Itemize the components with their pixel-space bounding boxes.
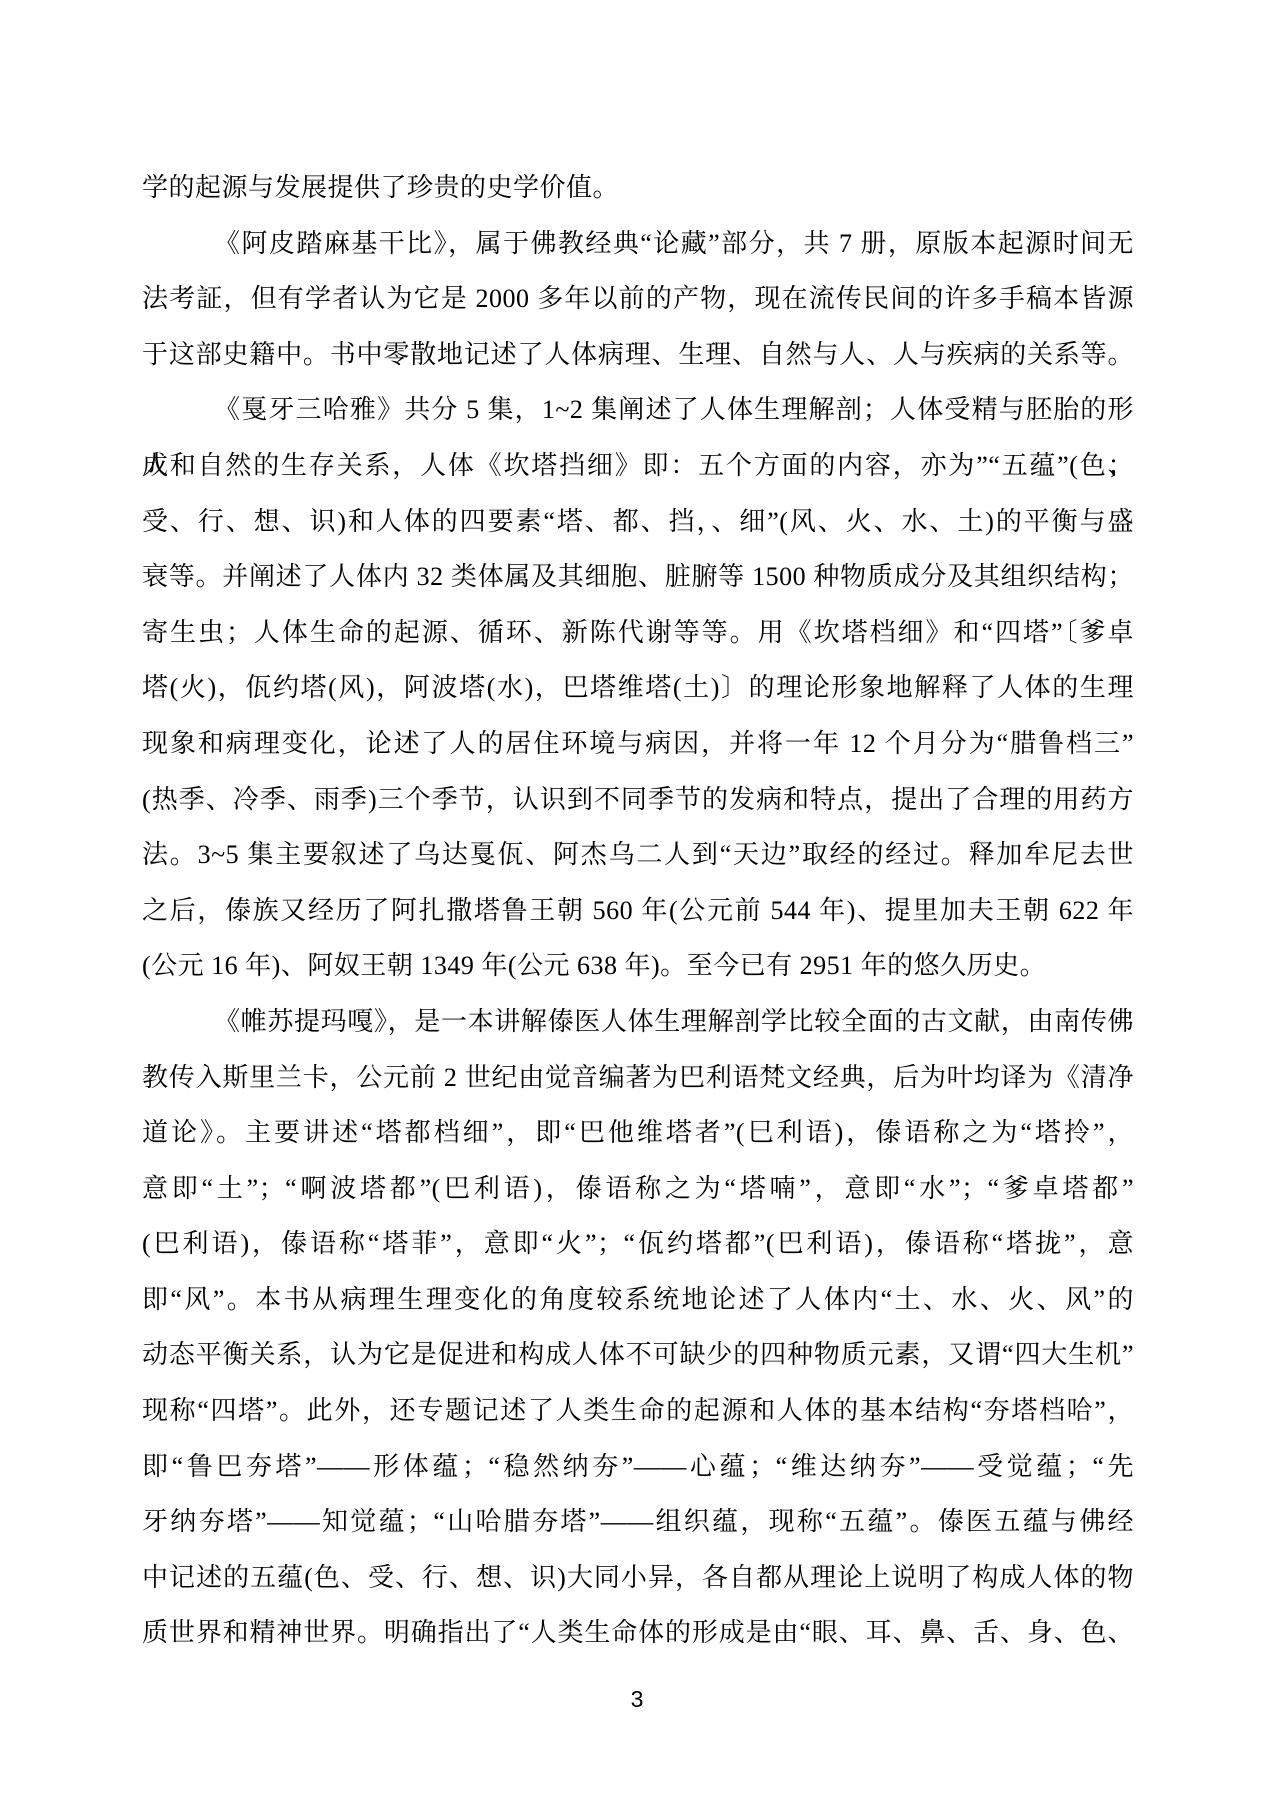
text-line: 中记述的五蕴(色、受、行、想、识)大同小异，各自都从理论上说明了构成人体的物: [142, 1550, 1134, 1606]
document-page: 学的起源与发展提供了珍贵的史学价值。《阿皮踏麻基干比》，属于佛教经典“论藏”部分…: [0, 0, 1274, 1801]
text-line: 法考証，但有学者认为它是 2000 多年以前的产物，现在流传民间的许多手稿本皆源: [142, 271, 1134, 327]
text-line: (巴利语)，傣语称“塔菲”，意即“火”；“佤约塔都”(巴利语)，傣语称“塔拢”，…: [142, 1216, 1134, 1272]
text-line: (热季、冷季、雨季)三个季节，认识到不同季节的发病和特点，提出了合理的用药方: [142, 772, 1134, 828]
text-line: 学的起源与发展提供了珍贵的史学价值。: [142, 160, 1134, 216]
text-line: 现象和病理变化，论述了人的居住环境与病因，并将一年 12 个月分为“腊鲁档三”: [142, 716, 1134, 772]
text-line: 法。3~5 集主要叙述了乌达戛佤、阿杰乌二人到“天边”取经的经过。释加牟尼去世: [142, 827, 1134, 883]
text-line: 即“风”。本书从病理生理变化的角度较系统地论述了人体内“土、水、火、风”的: [142, 1272, 1134, 1328]
text-line: 即“鲁巴夯塔”——形体蕴；“稳然纳夯”——心蕴；“维达纳夯”——受觉蕴；“先: [142, 1439, 1134, 1495]
text-line: 人和自然的生存关系，人体《坎塔挡细》即：五个方面的内容，亦为”“五蕴”(色、: [142, 438, 1134, 494]
text-line: 现称“四塔”。此外，还专题记述了人类生命的起源和人体的基本结构“夯塔档哈”，: [142, 1383, 1134, 1439]
page-number: 3: [0, 1686, 1274, 1713]
text-line: 牙纳夯塔”——知觉蕴；“山哈腊夯塔”——组织蕴，现称“五蕴”。傣医五蕴与佛经: [142, 1494, 1134, 1550]
text-line: 质世界和精神世界。明确指出了“人类生命体的形成是由“眼、耳、鼻、舌、身、色、: [142, 1605, 1134, 1661]
text-line: 教传入斯里兰卡，公元前 2 世纪由觉音编著为巴利语梵文经典，后为叶均译为《清净: [142, 1050, 1134, 1106]
text-line: 《帷苏提玛嘎》，是一本讲解傣医人体生理解剖学比较全面的古文献，由南传佛: [142, 994, 1134, 1050]
text-line: 意即“土”；“啊波塔都”(巴利语)，傣语称之为“塔喃”，意即“水”；“爹卓塔都”: [142, 1161, 1134, 1217]
text-line: 衰等。并阐述了人体内 32 类体属及其细胞、脏腑等 1500 种物质成分及其组织…: [142, 549, 1134, 605]
text-line: 《阿皮踏麻基干比》，属于佛教经典“论藏”部分，共 7 册，原版本起源时间无: [142, 216, 1134, 272]
text-line: 寄生虫；人体生命的起源、循环、新陈代谢等等。用《坎塔档细》和“四塔”〔爹卓: [142, 605, 1134, 661]
text-line: (公元 16 年)、阿奴王朝 1349 年(公元 638 年)。至今已有 295…: [142, 938, 1134, 994]
text-line: 《戛牙三哈雅》共分 5 集，1~2 集阐述了人体生理解剖；人体受精与胚胎的形成；: [142, 382, 1134, 438]
text-line: 之后，傣族又经历了阿扎撒塔鲁王朝 560 年(公元前 544 年)、提里加夫王朝…: [142, 883, 1134, 939]
text-line: 道论》。主要讲述“塔都档细”，即“巴他维塔者”(巳利语)，傣语称之为“塔拎”，: [142, 1105, 1134, 1161]
document-text-block: 学的起源与发展提供了珍贵的史学价值。《阿皮踏麻基干比》，属于佛教经典“论藏”部分…: [142, 160, 1134, 1661]
text-line: 于这部史籍中。书中零散地记述了人体病理、生理、自然与人、人与疾病的关系等。: [142, 327, 1134, 383]
text-line: 塔(火)，佤约塔(风)，阿波塔(水)，巴塔维塔(土)〕的理论形象地解释了人体的生…: [142, 660, 1134, 716]
text-line: 动态平衡关系，认为它是促进和构成人体不可缺少的四种物质元素，又谓“四大生机”: [142, 1327, 1134, 1383]
text-line: 受、行、想、识)和人体的四要素“塔、都、挡，、细”(风、火、水、土)的平衡与盛: [142, 494, 1134, 550]
